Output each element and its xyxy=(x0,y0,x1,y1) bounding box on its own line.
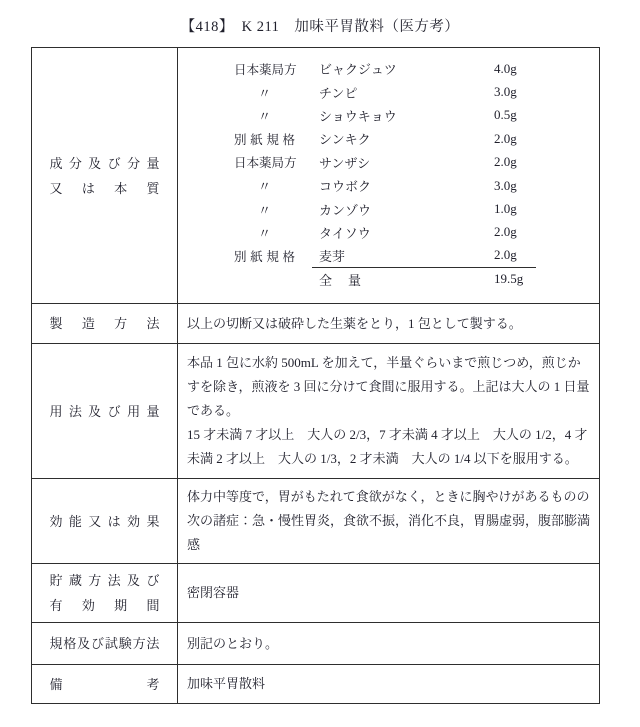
page-title: 【418】 K 211 加味平胃散料（医方考） xyxy=(0,15,640,36)
row-specification-label: 規格及び試験方法 xyxy=(32,623,178,664)
row-remarks-label: 備考 xyxy=(32,665,178,703)
ingredient-amount: 4.0g xyxy=(494,61,536,77)
ingredient-name: 麦芽 xyxy=(312,246,494,265)
label-line: 効能又は効果 xyxy=(50,509,160,534)
row-dosage-content: 本品 1 包に水約 500mL を加えて，半量ぐらいまで煎じつめ，煎じかすを除き… xyxy=(178,344,599,478)
label-line: 備考 xyxy=(50,672,160,697)
ingredient-name: ビャクジュツ xyxy=(312,59,494,78)
label-line: 製造方法 xyxy=(50,311,160,336)
efficacy-text: 体力中等度で，胃がもたれて食欲がなく，ときに胸やけがあるものの次の諸症：急・慢性… xyxy=(187,485,590,557)
ingredient-row: 〃 コウボク3.0g xyxy=(178,174,599,197)
ingredient-amount: 2.0g xyxy=(494,131,536,147)
ingredient-row: 別紙規格 麦芽2.0g xyxy=(178,244,599,267)
dosage-paragraph-2: 15 才未満 7 才以上 大人の 2/3，7 才未満 4 才以上 大人の 1/2… xyxy=(187,423,590,471)
ditto-mark: 〃 xyxy=(234,83,295,102)
total-label: 全量 xyxy=(319,270,361,289)
row-dosage-label: 用法及び用量 xyxy=(32,344,178,478)
specification-text: 別記のとおり。 xyxy=(187,632,590,656)
ingredient-name: シンキク xyxy=(312,129,494,148)
ingredient-amount: 2.0g xyxy=(494,154,536,170)
row-manufacturing-content: 以上の切断又は破砕した生薬をとり，1 包として製する。 xyxy=(178,304,599,343)
ditto-mark: 〃 xyxy=(234,200,295,219)
label-line: 成分及び分量 xyxy=(50,151,160,176)
ingredient-row: 別紙規格 シンキク2.0g xyxy=(178,127,599,150)
row-ingredients-label: 成分及び分量 又は本質 xyxy=(32,48,178,303)
total-amount: 19.5g xyxy=(494,271,536,287)
ingredient-amount: 2.0g xyxy=(494,247,536,263)
ingredient-name: サンザシ xyxy=(312,153,494,172)
ingredient-row: 〃 ショウキョウ0.5g xyxy=(178,104,599,127)
ditto-mark: 〃 xyxy=(234,176,295,195)
label-line: 規格及び試験方法 xyxy=(50,631,160,656)
manufacturing-text: 以上の切断又は破砕した生薬をとり，1 包として製する。 xyxy=(187,312,590,336)
row-efficacy-label: 効能又は効果 xyxy=(32,479,178,563)
ingredient-name: カンゾウ xyxy=(312,200,494,219)
ingredient-row: 〃 カンゾウ1.0g xyxy=(178,197,599,220)
row-storage: 貯蔵方法及び 有効期間 密閉容器 xyxy=(32,563,599,622)
ingredient-standard: 別紙規格 xyxy=(234,247,295,265)
label-line: 貯蔵方法及び xyxy=(50,568,160,593)
ingredient-standard: 日本薬局方 xyxy=(234,153,295,171)
row-remarks-content: 加味平胃散料 xyxy=(178,665,599,703)
row-manufacturing-label: 製造方法 xyxy=(32,304,178,343)
ingredient-row: 日本薬局方 ビャクジュツ4.0g xyxy=(178,57,599,80)
ditto-mark: 〃 xyxy=(234,106,295,125)
label-line: 又は本質 xyxy=(50,176,160,201)
row-specification-content: 別記のとおり。 xyxy=(178,623,599,664)
row-specification: 規格及び試験方法 別記のとおり。 xyxy=(32,622,599,664)
ingredient-standard: 日本薬局方 xyxy=(234,60,295,78)
spec-table: 成分及び分量 又は本質 日本薬局方 ビャクジュツ4.0g 〃 チンピ3.0g 〃… xyxy=(31,47,600,704)
row-storage-label: 貯蔵方法及び 有効期間 xyxy=(32,564,178,622)
ingredient-amount: 1.0g xyxy=(494,201,536,217)
row-remarks: 備考 加味平胃散料 xyxy=(32,664,599,703)
row-efficacy-content: 体力中等度で，胃がもたれて食欲がなく，ときに胸やけがあるものの次の諸症：急・慢性… xyxy=(178,479,599,563)
ingredients-total-row: 全量19.5g xyxy=(178,268,599,291)
ingredient-amount: 3.0g xyxy=(494,178,536,194)
ingredient-name: コウボク xyxy=(312,176,494,195)
ingredient-amount: 0.5g xyxy=(494,107,536,123)
row-manufacturing: 製造方法 以上の切断又は破砕した生薬をとり，1 包として製する。 xyxy=(32,303,599,343)
ingredient-name: タイソウ xyxy=(312,223,494,242)
label-line: 用法及び用量 xyxy=(50,399,160,424)
dosage-paragraph-1: 本品 1 包に水約 500mL を加えて，半量ぐらいまで煎じつめ，煎じかすを除き… xyxy=(187,351,590,423)
ingredient-row: 〃 タイソウ2.0g xyxy=(178,221,599,244)
row-dosage: 用法及び用量 本品 1 包に水約 500mL を加えて，半量ぐらいまで煎じつめ，… xyxy=(32,343,599,478)
ingredient-standard: 別紙規格 xyxy=(234,130,295,148)
row-ingredients: 成分及び分量 又は本質 日本薬局方 ビャクジュツ4.0g 〃 チンピ3.0g 〃… xyxy=(32,48,599,303)
ingredient-name: チンピ xyxy=(312,83,494,102)
storage-text: 密閉容器 xyxy=(187,581,590,605)
label-line: 有効期間 xyxy=(50,593,160,618)
ingredient-name: ショウキョウ xyxy=(312,106,494,125)
ingredient-amount: 2.0g xyxy=(494,224,536,240)
ingredient-amount: 3.0g xyxy=(494,84,536,100)
ingredient-row: 〃 チンピ3.0g xyxy=(178,80,599,103)
row-efficacy: 効能又は効果 体力中等度で，胃がもたれて食欲がなく，ときに胸やけがあるものの次の… xyxy=(32,478,599,563)
ingredient-row: 日本薬局方 サンザシ2.0g xyxy=(178,151,599,174)
ingredients-list: 日本薬局方 ビャクジュツ4.0g 〃 チンピ3.0g 〃 ショウキョウ0.5g … xyxy=(178,48,599,303)
row-storage-content: 密閉容器 xyxy=(178,564,599,622)
ditto-mark: 〃 xyxy=(234,223,295,242)
remarks-text: 加味平胃散料 xyxy=(187,672,590,696)
